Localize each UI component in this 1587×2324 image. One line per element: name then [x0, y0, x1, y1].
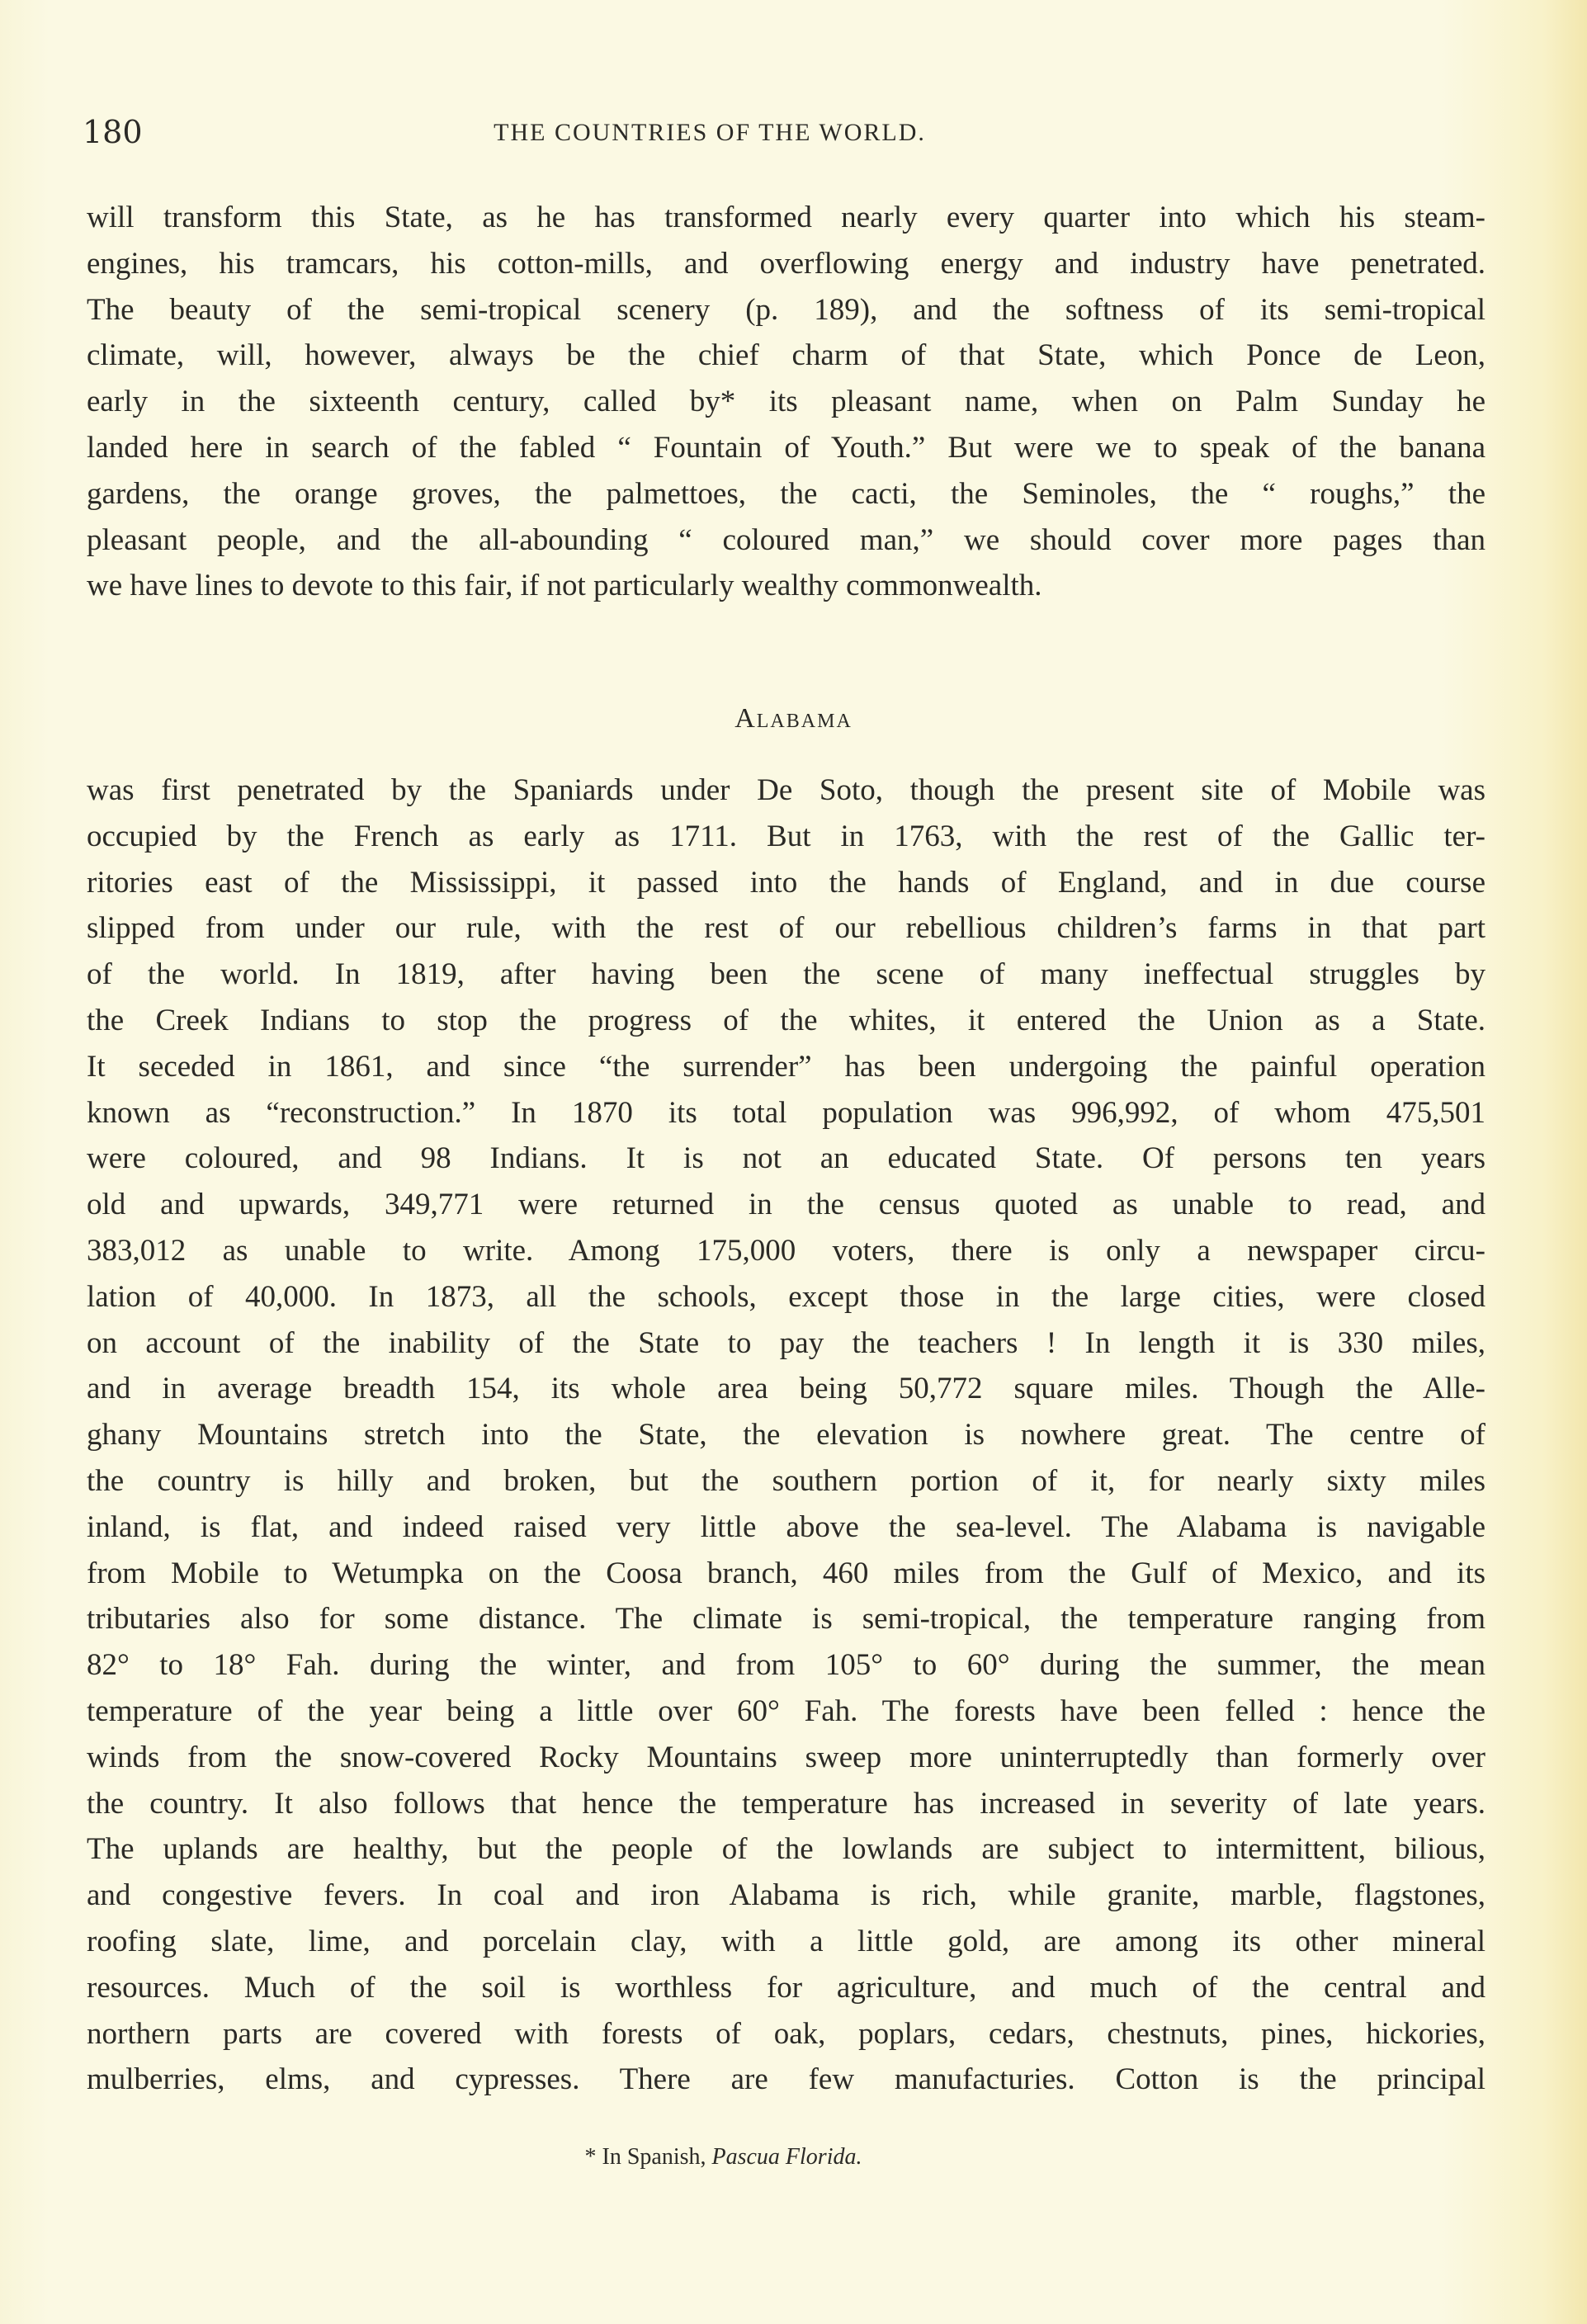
text-line: and in average breadth 154, its whole ar… — [87, 1366, 1485, 1412]
text-line: northern parts are covered with forests … — [87, 2011, 1485, 2057]
footnote-text: In Spanish, — [602, 2144, 706, 2170]
text-line: It seceded in 1861, and since “the surre… — [87, 1044, 1485, 1090]
running-title: THE COUNTRIES OF THE WORLD. — [8, 119, 1411, 147]
text-line: lation of 40,000. In 1873, all the schoo… — [87, 1274, 1485, 1320]
text-line: slipped from under our rule, with the re… — [87, 905, 1485, 952]
text-line: will transform this State, as he has tra… — [87, 195, 1485, 241]
text-line: mulberries, elms, and cypresses. There a… — [87, 2057, 1485, 2103]
text-line: on account of the inability of the State… — [87, 1320, 1485, 1367]
text-line: we have lines to devote to this fair, if… — [87, 563, 1485, 609]
text-line: old and upwards, 349,771 were returned i… — [87, 1182, 1485, 1228]
section-heading-text: Alabama — [734, 703, 853, 734]
footnote: * In Spanish, Pascua Florida. — [0, 2144, 1517, 2170]
text-line: tributaries also for some distance. The … — [87, 1596, 1485, 1642]
alabama-paragraph: was first penetrated by the Spaniards un… — [87, 768, 1485, 2103]
text-line: early in the sixteenth century, called b… — [87, 379, 1485, 425]
florida-continuation-paragraph: will transform this State, as he has tra… — [87, 195, 1485, 609]
footnote-marker: * — [585, 2144, 597, 2170]
text-line: and congestive fevers. In coal and iron … — [87, 1873, 1485, 1919]
text-line: 82° to 18° Fah. during the winter, and f… — [87, 1642, 1485, 1689]
text-line: inland, is flat, and indeed raised very … — [87, 1504, 1485, 1551]
text-line: the Creek Indians to stop the progress o… — [87, 998, 1485, 1044]
text-line: was first penetrated by the Spaniards un… — [87, 768, 1485, 814]
text-line: known as “reconstruction.” In 1870 its t… — [87, 1090, 1485, 1136]
footnote-italic-text: Pascua Florida. — [712, 2144, 862, 2170]
section-heading-alabama: Alabama — [0, 703, 1587, 735]
text-line: temperature of the year being a little o… — [87, 1689, 1485, 1735]
text-line: roofing slate, lime, and porcelain clay,… — [87, 1919, 1485, 1965]
text-line: gardens, the orange groves, the palmetto… — [87, 471, 1485, 517]
text-line: of the world. In 1819, after having been… — [87, 952, 1485, 998]
text-line: landed here in search of the fabled “ Fo… — [87, 425, 1485, 471]
text-line: The uplands are healthy, but the people … — [87, 1826, 1485, 1873]
text-line: climate, will, however, always be the ch… — [87, 333, 1485, 379]
text-line: the country. It also follows that hence … — [87, 1781, 1485, 1827]
running-head: 180 THE COUNTRIES OF THE WORLD. — [83, 114, 1485, 155]
text-line: the country is hilly and broken, but the… — [87, 1458, 1485, 1504]
text-line: pleasant people, and the all-abounding “… — [87, 517, 1485, 564]
text-line: winds from the snow-covered Rocky Mounta… — [87, 1735, 1485, 1781]
text-line: ritories east of the Mississippi, it pas… — [87, 860, 1485, 906]
text-line: The beauty of the semi-tropical scenery … — [87, 287, 1485, 333]
text-line: occupied by the French as early as 1711.… — [87, 814, 1485, 860]
text-line: engines, his tramcars, his cotton-mills,… — [87, 241, 1485, 287]
text-line: were coloured, and 98 Indians. It is not… — [87, 1136, 1485, 1182]
text-line: 383,012 as unable to write. Among 175,00… — [87, 1228, 1485, 1274]
page-left-edge-shade — [0, 0, 50, 2324]
text-line: resources. Much of the soil is worthless… — [87, 1965, 1485, 2011]
text-line: from Mobile to Wetumpka on the Coosa bra… — [87, 1551, 1485, 1597]
text-line: ghany Mountains stretch into the State, … — [87, 1412, 1485, 1458]
